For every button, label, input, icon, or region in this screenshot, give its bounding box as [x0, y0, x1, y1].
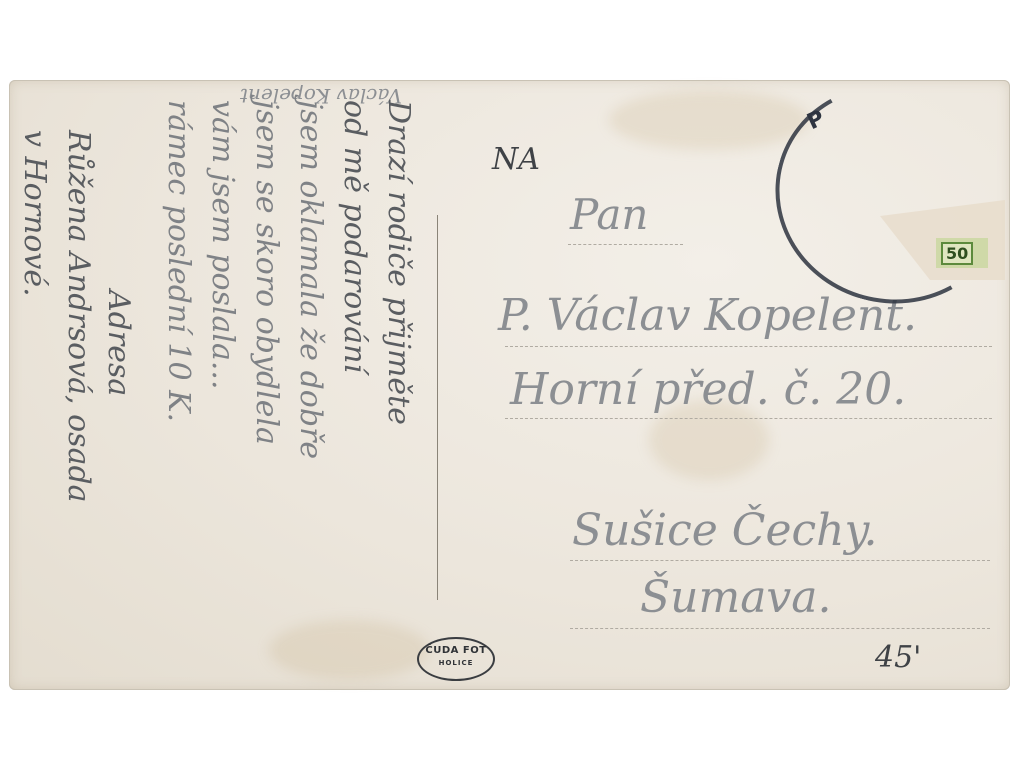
signature-line: Růžena Andrsová, osada — [56, 130, 100, 503]
address-line — [570, 628, 990, 629]
address-region: Šumava. — [640, 572, 832, 623]
message-block: Drazí rodiče přijměte od mě podarování j… — [156, 100, 420, 459]
address-recipient: P. Václav Kopelent. — [498, 290, 917, 341]
signature-heading-block: Adresa — [96, 290, 140, 396]
message-line: od mě podarování — [332, 100, 376, 459]
message-line: rámec poslední 10 K. — [156, 100, 200, 459]
postcard-divider — [437, 215, 438, 600]
address-note: NA — [492, 142, 540, 177]
address-line — [505, 346, 992, 347]
message-line: Drazí rodiče přijměte — [376, 100, 420, 459]
photographer-name: ČUDA FOT — [419, 645, 493, 656]
signature-heading: Adresa — [96, 290, 140, 396]
signature-block: Růžena Andrsová, osada v Hornové. — [12, 130, 100, 503]
stain — [609, 90, 809, 150]
stain — [269, 620, 429, 680]
address-line — [570, 560, 990, 561]
address-line — [505, 418, 992, 419]
pencil-number: 45' — [875, 640, 921, 675]
message-line: vám jsem poslala... — [200, 100, 244, 459]
address-street: Horní před. č. 20. — [510, 364, 906, 415]
message-line: jsem oklamala že dobře — [288, 100, 332, 459]
address-city: Sušice Čechy. — [572, 505, 878, 556]
address-line — [568, 244, 683, 245]
message-line: jsem se skoro obydlela — [244, 100, 288, 459]
photographer-stamp: ČUDA FOT HOLICE — [417, 637, 495, 681]
signature-line: v Hornové. — [12, 130, 56, 503]
postage-stamp-value: 50 — [941, 242, 973, 265]
photographer-city: HOLICE — [419, 659, 493, 667]
address-salutation: Pan — [570, 190, 648, 239]
